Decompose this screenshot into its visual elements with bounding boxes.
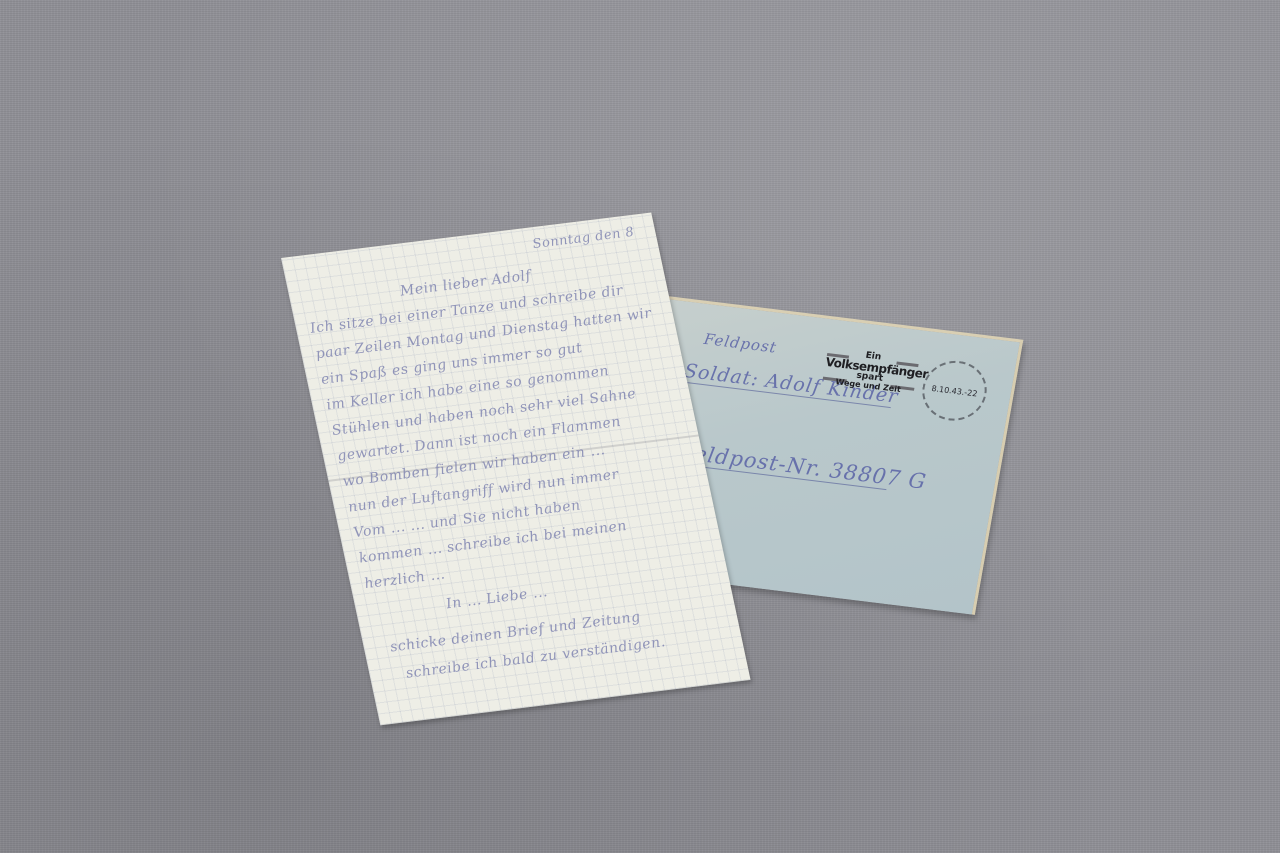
handwritten-letter: Sonntag den 8 Mein lieber Adolf Ich sitz… <box>281 213 751 726</box>
letter-closing: In ... Liebe ... <box>445 584 549 612</box>
envelope-feldpost-number: Feldpost-Nr. 38807 G <box>678 440 891 490</box>
letter-line: herzlich ... <box>363 567 447 593</box>
letter-dateline: Sonntag den 8 <box>531 225 636 252</box>
envelope-header: Feldpost <box>702 330 778 357</box>
letter-salutation: Mein lieber Adolf <box>399 268 533 300</box>
postmark-date: 8.10.43.-22 <box>931 383 978 398</box>
photo-scene: Feldpost Soldat: Adolf Kinder Feldpost-N… <box>0 0 1280 853</box>
